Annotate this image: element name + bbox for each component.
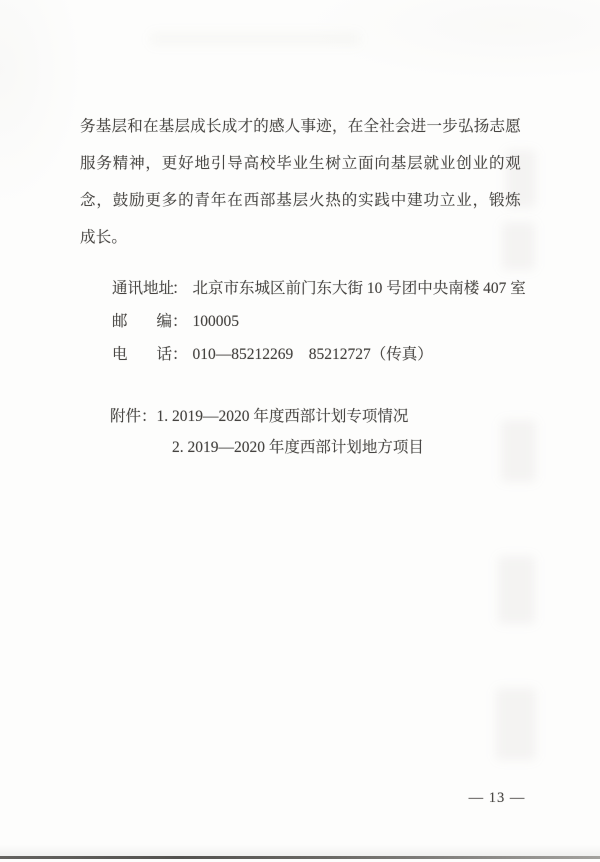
contact-colon: ： — [172, 346, 188, 363]
attachments-block: 附件：1. 2019—2020 年度西部计划专项情况 2. 2019—2020 … — [110, 401, 424, 463]
contact-row-phone: 电话：010—85212269 85212727（传真） — [112, 338, 526, 371]
attachment-item: 2. 2019—2020 年度西部计划地方项目 — [172, 439, 424, 456]
contact-colon: ： — [172, 313, 188, 330]
scanned-document-page: 务基层和在基层成长成才的感人事迹，在全社会进一步弘扬志愿 服务精神，更好地引导高… — [0, 0, 600, 862]
bleedthrough-artifact — [150, 32, 360, 46]
attachment-row: 2. 2019—2020 年度西部计划地方项目 — [110, 432, 424, 463]
paragraph-line: 成长。 — [80, 219, 521, 256]
bleedthrough-artifact — [501, 420, 536, 482]
contact-label: 邮编 — [112, 305, 172, 338]
bleedthrough-artifact — [498, 556, 535, 624]
paragraph-line: 服务精神，更好地引导高校毕业生树立面向基层就业创业的观 — [80, 145, 521, 182]
attachment-row: 附件：1. 2019—2020 年度西部计划专项情况 — [110, 401, 424, 432]
contact-row-address: 通讯地址：北京市东城区前门东大街 10 号团中央南楼 407 室 — [112, 272, 526, 305]
contact-value: 010—85212269 85212727（传真） — [193, 346, 433, 363]
paragraph-line: 务基层和在基层成长成才的感人事迹，在全社会进一步弘扬志愿 — [80, 108, 521, 145]
contact-row-postcode: 邮编：100005 — [112, 305, 526, 338]
contact-value: 北京市东城区前门东大街 10 号团中央南楼 407 室 — [193, 280, 526, 297]
contact-value: 100005 — [193, 313, 240, 330]
paragraph-line: 念，鼓励更多的青年在西部基层火热的实践中建功立业，锻炼 — [80, 182, 521, 219]
page-bottom-shadow — [0, 845, 600, 857]
contact-label: 通讯地址 — [112, 272, 172, 305]
contact-label: 电话 — [112, 338, 172, 371]
page-number: — 13 — — [458, 790, 536, 807]
bleedthrough-artifact — [496, 688, 536, 760]
body-paragraph: 务基层和在基层成长成才的感人事迹，在全社会进一步弘扬志愿 服务精神，更好地引导高… — [80, 108, 521, 256]
attachment-item: 1. 2019—2020 年度西部计划专项情况 — [157, 408, 409, 425]
page-bottom-edge — [0, 856, 600, 859]
attachments-label: 附件： — [110, 408, 157, 425]
contact-block: 通讯地址：北京市东城区前门东大街 10 号团中央南楼 407 室 邮编：1000… — [112, 272, 526, 371]
contact-colon: ： — [172, 280, 188, 297]
